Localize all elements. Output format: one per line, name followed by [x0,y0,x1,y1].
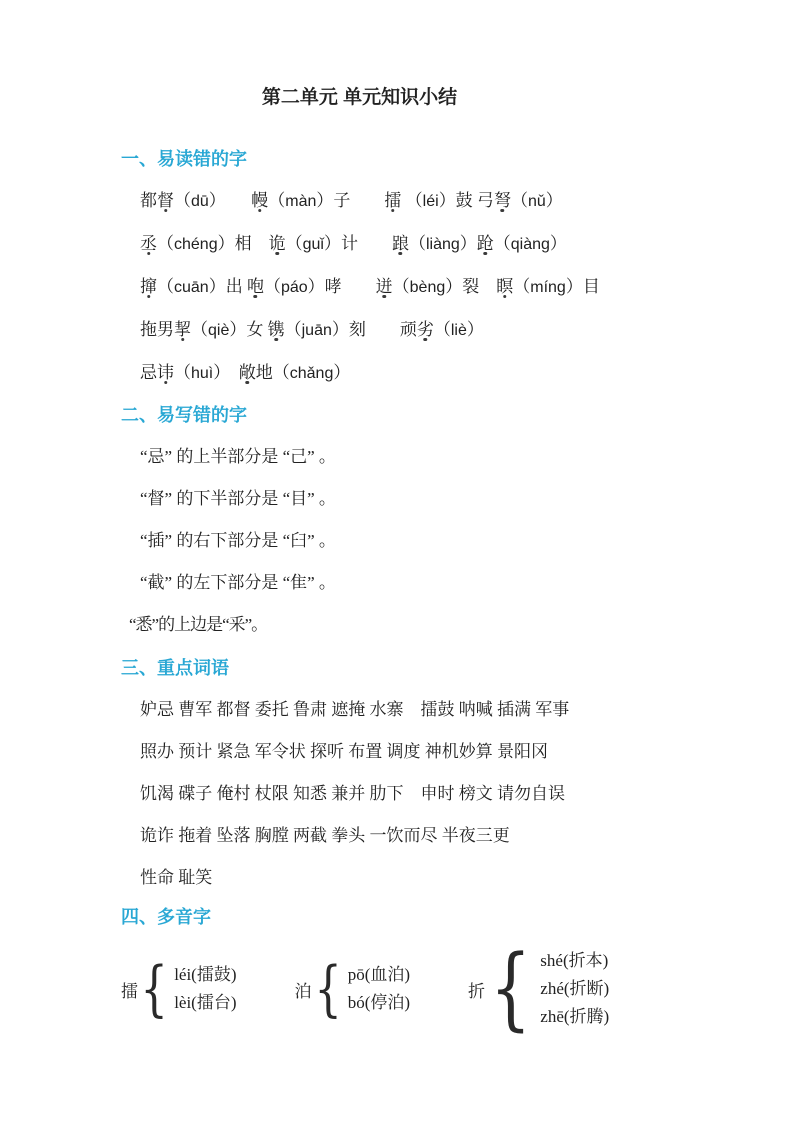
misread-line: 都督（dū） 幔（màn）子 擂 （léi）鼓 弓弩（nǔ） [140,180,693,223]
character-run: ）哮 [308,277,376,296]
polyphonic-group-row: 擂{léi(擂鼓)lèi(擂台)泊{pō(血泊)bó(停泊)折{shé(折本)z… [121,944,693,1034]
keyword-line: 妒忌 曹军 都督 委托 鲁肃 遮掩 水寨 擂鼓 呐喊 插满 军事 [140,689,693,731]
emphasized-character: 镌 [268,320,285,339]
polyphonic-reading: shé(折本) [540,947,609,975]
polyphonic-group: 擂{léi(擂鼓)lèi(擂台) [121,959,237,1019]
brace-glyph: { [314,959,341,1019]
character-run: （ [264,277,281,296]
character-run: （ [401,191,422,210]
keyword-line: 饥渴 碟子 俺村 杖限 知悉 兼并 肋下 申时 榜文 请勿自误 [140,773,693,815]
pinyin-run: guǐ [303,236,324,253]
section-polyphonic-characters: 四、多音字 擂{léi(擂鼓)lèi(擂台)泊{pō(血泊)bó(停泊)折{sh… [121,907,693,1034]
character-run: （ [285,320,302,339]
character-run: （ [174,363,191,382]
pinyin-run: bèng [410,279,446,296]
character-run: （ [286,234,303,253]
polyphonic-group: 泊{pō(血泊)bó(停泊) [295,959,411,1019]
emphasized-character: 弩 [494,191,511,210]
pinyin-run: liè [451,322,467,339]
character-run: ） [213,363,239,382]
polyphonic-group: 折{shé(折本)zhé(折断)zhē(折腾) [468,944,609,1034]
pinyin-run: páo [281,279,308,296]
polyphonic-reading: pō(血泊) [348,961,410,989]
emphasized-character: 劣 [417,320,434,339]
character-run: ）相 [218,234,269,253]
section-miswrite-heading: 二、易写错的字 [121,405,693,426]
character-run: ）目 [566,277,600,296]
character-run: 忌 [140,363,157,382]
emphasized-character: 跄 [477,234,494,253]
polyphonic-readings: léi(擂鼓)lèi(擂台) [174,961,236,1017]
miswrite-line: “忌” 的上半部分是 “己” 。 [140,436,693,478]
character-run: ）子 [316,191,384,210]
pinyin-run: léi [423,193,439,210]
key-word-list: 妒忌 曹军 都督 委托 鲁肃 遮掩 水寨 擂鼓 呐喊 插满 军事照办 预计 紧急… [121,689,693,899]
miswritten-character-list: “忌” 的上半部分是 “己” 。“督” 的下半部分是 “目” 。“插” 的右下部… [121,436,693,646]
misread-line: 忌讳（huì） 敞地（chǎng） [140,352,693,395]
brace-glyph: { [140,959,167,1019]
pinyin-run: chéng [174,236,218,253]
pinyin-run: míng [530,279,566,296]
section-misread-characters: 一、易读错的字 都督（dū） 幔（màn）子 擂 （léi）鼓 弓弩（nǔ）丞（… [121,149,693,395]
character-run: ） [209,191,252,210]
miswrite-line: “截” 的左下部分是 “隹” 。 [140,562,693,604]
polyphonic-reading: zhē(折腾) [540,1003,609,1031]
character-run: ）计 [324,234,392,253]
brace-glyph: { [490,944,531,1034]
emphasized-character: 撺 [140,277,157,296]
emphasized-character: 擂 [384,191,401,210]
keyword-line: 照办 预计 紧急 军令状 探听 布置 调度 神机妙算 景阳冈 [140,731,693,773]
pinyin-run: liàng [426,236,460,253]
character-run: ）刻 [332,320,400,339]
pinyin-run: juān [302,322,332,339]
emphasized-character: 踉 [392,234,409,253]
emphasized-character: 丞 [140,234,157,253]
misread-line: 拖男挈（qiè）女 镌（juān）刻 顽劣（liè） [140,309,693,352]
character-run: （ [268,191,285,210]
polyphonic-reading: léi(擂鼓) [174,961,236,989]
character-run: ） [460,234,477,253]
polyphonic-reading: zhé(折断) [540,975,609,1003]
section-key-words: 三、重点词语 妒忌 曹军 都督 委托 鲁肃 遮掩 水寨 擂鼓 呐喊 插满 军事照… [121,658,693,899]
pinyin-run: dū [191,193,209,210]
character-run: ） [333,363,350,382]
character-run: （ [513,277,530,296]
emphasized-character: 督 [157,191,174,210]
emphasized-character: 诡 [269,234,286,253]
miswrite-line: “插” 的右下部分是 “臼” 。 [140,520,693,562]
character-run: ） [550,234,567,253]
character-run: （ [191,320,208,339]
character-run: ）裂 [445,277,496,296]
character-run: （ [494,234,511,253]
character-run: ）女 [229,320,267,339]
emphasized-character: 挈 [174,320,191,339]
character-run: （ [174,191,191,210]
miswrite-line: “督” 的下半部分是 “目” 。 [140,478,693,520]
character-run: 都 [140,191,157,210]
misread-line: 撺（cuān）出 咆（páo）哮 迸（bèng）裂 瞑（míng）目 [140,266,693,309]
character-run: （ [434,320,451,339]
pinyin-run: nǔ [528,193,546,210]
character-run: 拖男 [140,320,174,339]
page-title: 第二单元 单元知识小结 [121,86,598,109]
polyphonic-readings: shé(折本)zhé(折断)zhē(折腾) [540,947,609,1031]
section-miswritten-characters: 二、易写错的字 “忌” 的上半部分是 “己” 。“督” 的下半部分是 “目” 。… [121,405,693,646]
character-run: （ [409,234,426,253]
section-polyphonic-heading: 四、多音字 [121,907,693,928]
pinyin-run: chǎng [290,365,334,382]
pinyin-run: qiàng [511,236,550,253]
polyphonic-character: 泊 [295,977,312,1002]
character-run: ）出 [209,277,247,296]
character-run: （ [393,277,410,296]
polyphonic-character: 折 [468,977,485,1002]
emphasized-character: 咆 [247,277,264,296]
character-run: （ [157,234,174,253]
section-keywords-heading: 三、重点词语 [121,658,693,679]
keyword-line: 性命 耻笑 [140,857,693,899]
emphasized-character: 敞 [239,363,256,382]
character-run: （ [157,277,174,296]
misread-character-list: 都督（dū） 幔（màn）子 擂 （léi）鼓 弓弩（nǔ）丞（chéng）相 … [121,180,693,395]
emphasized-character: 幔 [251,191,268,210]
character-run: ）鼓 弓 [439,191,494,210]
character-run: 地（ [256,363,290,382]
character-run: ） [546,191,563,210]
pinyin-run: qiè [208,322,229,339]
emphasized-character: 瞑 [496,277,513,296]
pinyin-run: cuān [174,279,209,296]
miswrite-line: “悉”的上边是“釆”。 [129,604,693,646]
misread-line: 丞（chéng）相 诡（guǐ）计 踉（liàng）跄（qiàng） [140,223,693,266]
character-run: ） [467,320,484,339]
keyword-line: 诡诈 拖着 坠落 胸膛 两截 拳头 一饮而尽 半夜三更 [140,815,693,857]
character-run: （ [511,191,528,210]
pinyin-run: màn [285,193,316,210]
emphasized-character: 讳 [157,363,174,382]
section-misread-heading: 一、易读错的字 [121,149,693,170]
emphasized-character: 迸 [376,277,393,296]
pinyin-run: huì [191,365,213,382]
document-page: 第二单元 单元知识小结 一、易读错的字 都督（dū） 幔（màn）子 擂 （lé… [0,0,793,1122]
polyphonic-reading: lèi(擂台) [174,989,236,1017]
character-run: 顽 [400,320,417,339]
polyphonic-readings: pō(血泊)bó(停泊) [348,961,410,1017]
polyphonic-character: 擂 [121,977,138,1002]
polyphonic-reading: bó(停泊) [348,989,410,1017]
